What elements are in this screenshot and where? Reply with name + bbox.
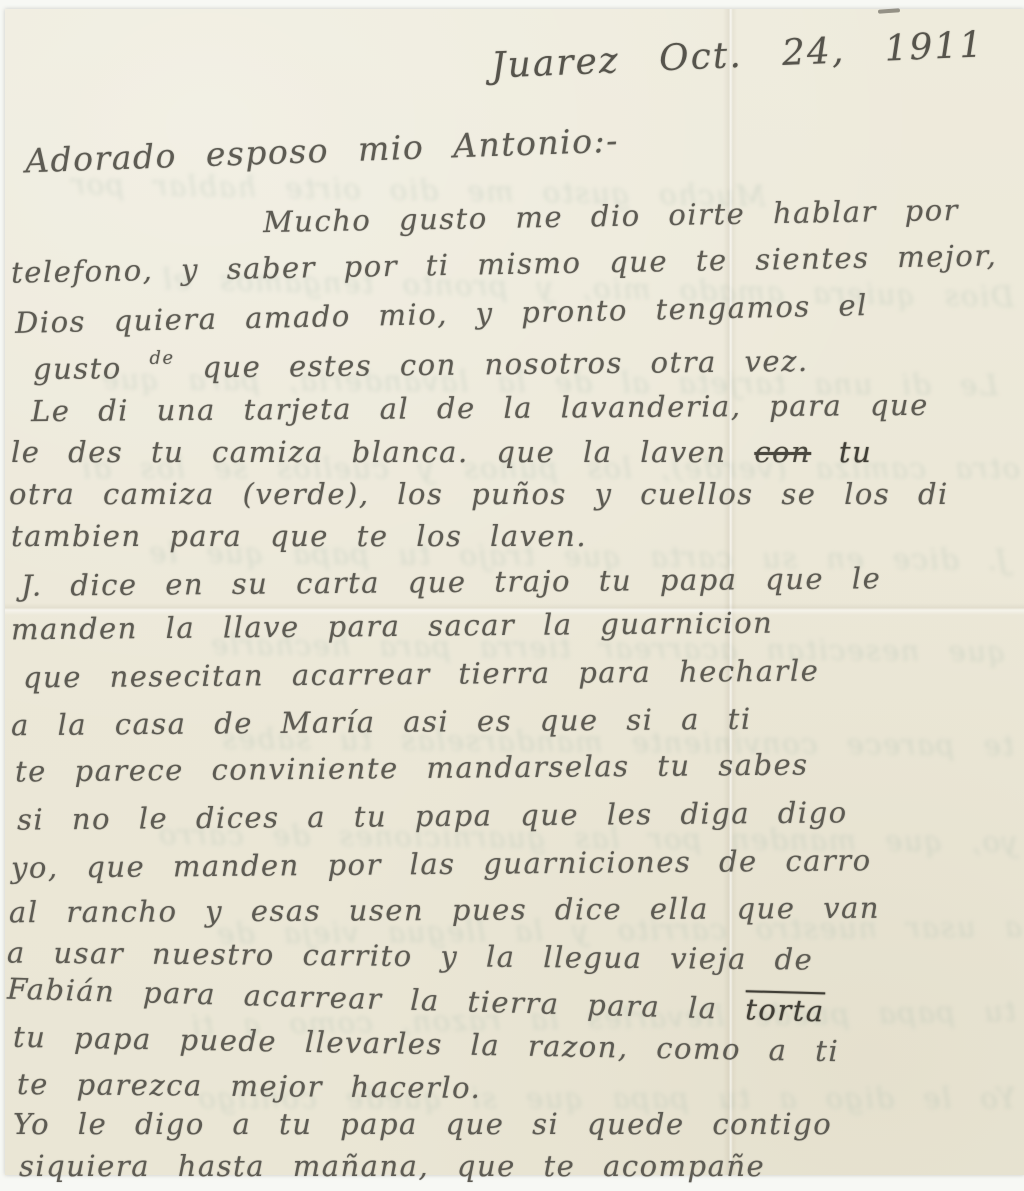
letter-text-segment: te parezca mejor hacerlo. — [17, 1067, 482, 1105]
letter-text-segment: Le di una tarjeta al de la lavanderia, p… — [31, 388, 929, 428]
letter-line: que nesecitan acarrear tierra para hecha… — [23, 654, 820, 695]
letter-text-segment: torta — [745, 992, 825, 1028]
scanned-letter-page: { "colors": { "paper": "#ece8d8", "penci… — [0, 0, 1024, 1191]
letter-line: le des tu camiza blanca. que la laven co… — [11, 435, 872, 469]
letter-text-segment: gusto — [33, 351, 150, 386]
letter-text-segment: tambien para que te los laven. — [11, 519, 587, 553]
letter-text-segment: que nesecitan acarrear tierra para hecha… — [23, 654, 820, 695]
letter-text-segment: con — [754, 435, 811, 469]
letter-line: J. dice en su carta que trajo tu papa qu… — [21, 561, 882, 603]
letter-text-segment: Mucho gusto me dio oirte hablar por — [263, 193, 960, 239]
letter-text-segment: le des tu camiza blanca. que la laven — [11, 435, 754, 469]
letter-text-segment: si no le dices a tu papa que les diga di… — [17, 795, 848, 836]
letter-line: Yo le digo a tu papa que si quede contig… — [13, 1107, 832, 1141]
handwriting-layer: Juarez Oct. 24, 1911 Adorado esposo mio … — [5, 9, 1024, 1175]
letter-line: a usar nuestro carrito y la llegua vieja… — [7, 935, 814, 976]
letter-line: yo, que manden por las guarniciones de c… — [11, 843, 872, 885]
letter-text-segment: tu papa puede llevarles la razon, como a… — [13, 1020, 840, 1068]
letter-text-segment: Dios quiera amado mio, y pronto tengamos… — [15, 288, 868, 340]
letter-text-segment: tu — [811, 435, 872, 469]
letter-line: tambien para que te los laven. — [11, 519, 587, 553]
letter-line: siquiera hasta mañana, que te acompañe — [19, 1149, 765, 1183]
letter-text-segment: manden la llave para sacar la guarnicion — [11, 606, 774, 647]
letter-text-segment: siquiera hasta mañana, que te acompañe — [19, 1149, 765, 1183]
letter-text-segment: yo, que manden por las guarniciones de c… — [11, 843, 872, 885]
letter-dateline: Juarez Oct. 24, 1911 — [490, 24, 985, 86]
letter-line: manden la llave para sacar la guarnicion — [11, 606, 774, 647]
letter-line: otra camiza (verde), los puños y cuellos… — [9, 477, 949, 511]
letter-text-segment: de — [149, 348, 174, 369]
letter-text-segment: Fabián para acarrear la tierra para la — [7, 972, 746, 1027]
letter-line: si no le dices a tu papa que les diga di… — [17, 795, 848, 836]
letter-text-segment: a usar nuestro carrito y la llegua vieja… — [7, 935, 814, 976]
letter-line: tu papa puede llevarles la razon, como a… — [13, 1020, 840, 1068]
letter-line: te parece conviniente mandarselas tu sab… — [15, 748, 809, 789]
letter-line: al rancho y esas usen pues dice ella que… — [9, 891, 880, 930]
letter-text-segment: telefono, y saber por ti mismo que te si… — [11, 238, 998, 289]
letter-line: gusto de que estes con nosotros otra vez… — [33, 341, 809, 386]
letter-line: Le di una tarjeta al de la lavanderia, p… — [31, 388, 929, 428]
letter-line: a la casa de María asi es que si a ti — [11, 702, 752, 742]
letter-text-segment: que estes con nosotros otra vez. — [174, 344, 808, 385]
letter-line: Fabián para acarrear la tierra para la t… — [7, 972, 825, 1029]
letter-text-segment: J. dice en su carta que trajo tu papa qu… — [21, 561, 882, 603]
letter-salutation: Adorado esposo mio Antonio:- — [25, 121, 620, 181]
letter-paper: Mucho gusto me dio oirte hablar porDios … — [5, 9, 1024, 1175]
letter-text-segment: a la casa de María asi es que si a ti — [11, 702, 752, 742]
letter-text-segment: Yo le digo a tu papa que si quede contig… — [13, 1107, 832, 1141]
letter-line: Mucho gusto me dio oirte hablar por — [263, 193, 960, 239]
letter-line: telefono, y saber por ti mismo que te si… — [11, 238, 998, 289]
letter-text-segment: al rancho y esas usen pues dice ella que… — [9, 891, 880, 930]
letter-line: te parezca mejor hacerlo. — [17, 1067, 482, 1105]
letter-text-segment: otra camiza (verde), los puños y cuellos… — [9, 477, 949, 511]
letter-line: Dios quiera amado mio, y pronto tengamos… — [15, 288, 868, 340]
letter-text-segment: te parece conviniente mandarselas tu sab… — [15, 748, 809, 789]
